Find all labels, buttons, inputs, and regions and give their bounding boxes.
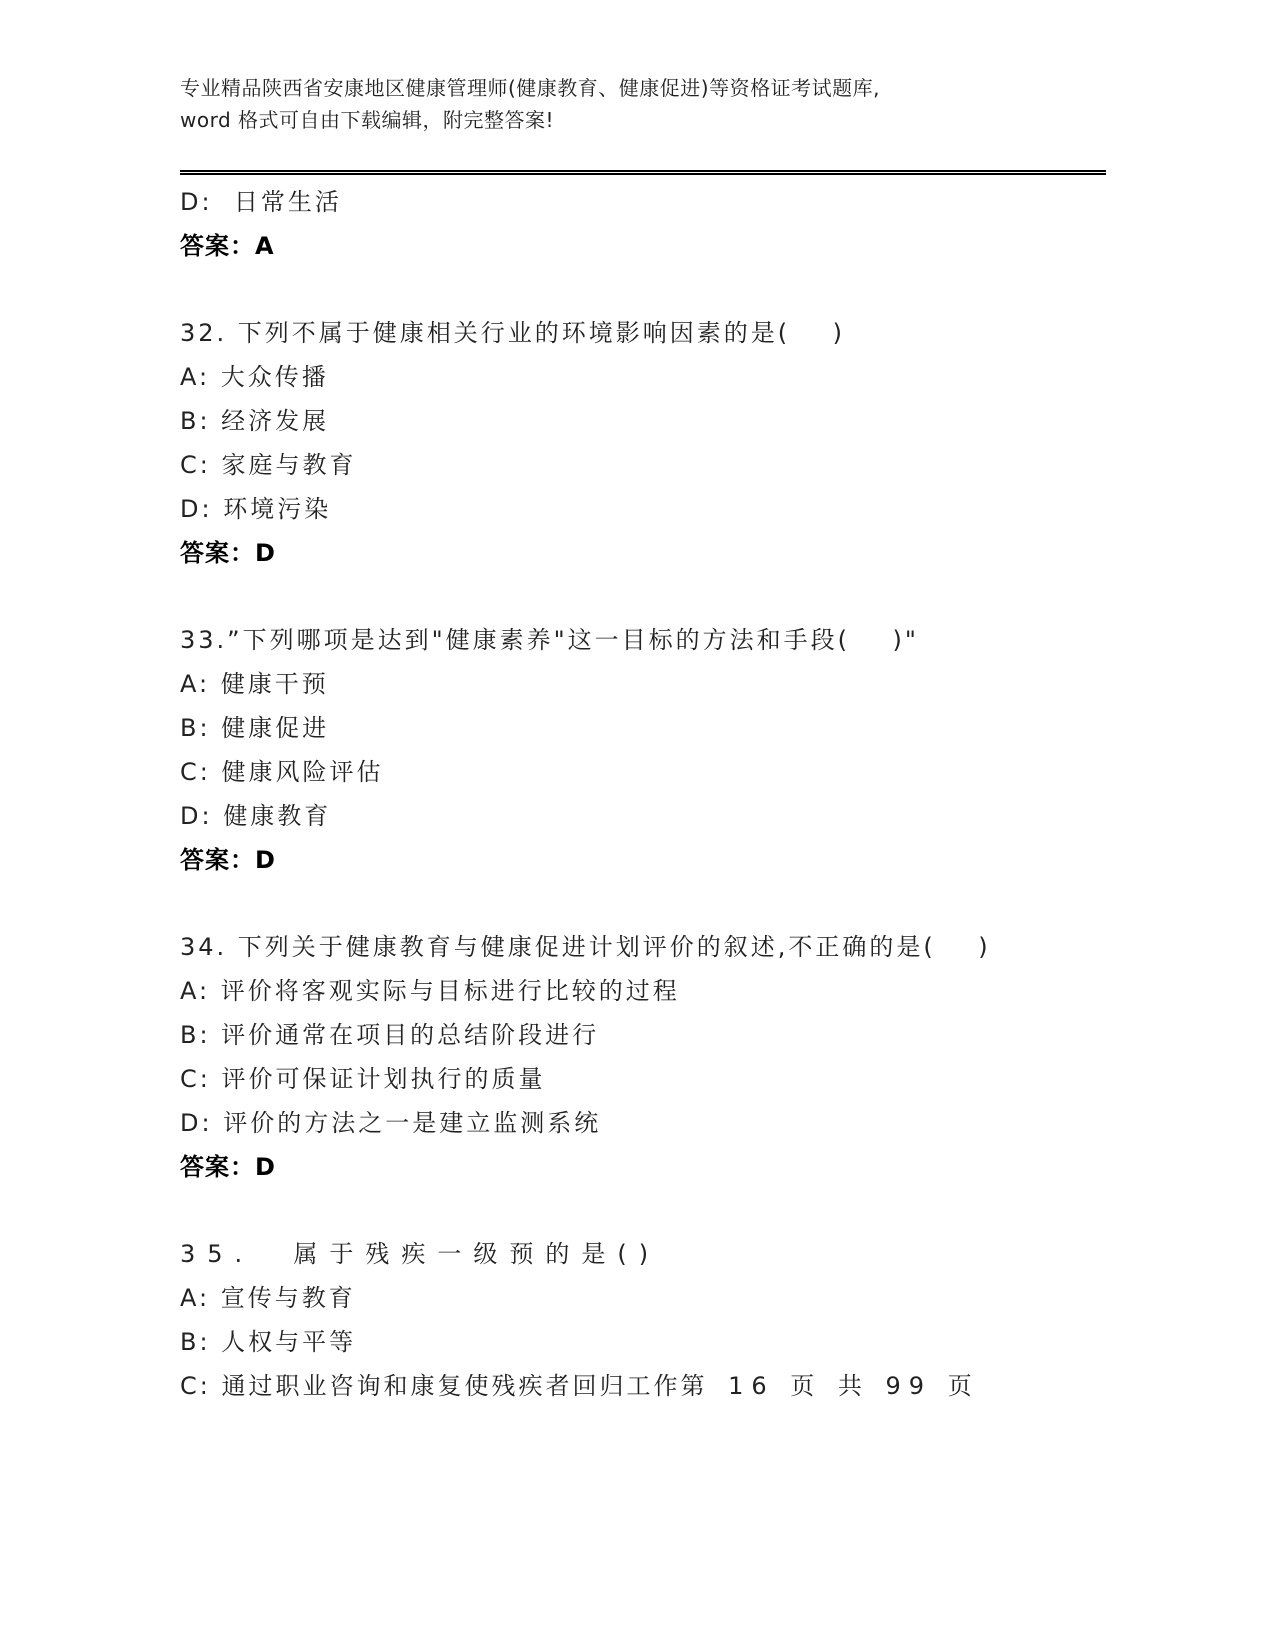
- answer: 答案：D: [180, 531, 1180, 575]
- option-a: A: 宣传与教育: [180, 1276, 1180, 1320]
- document-header: 专业精品陕西省安康地区健康管理师(健康教育、健康促进)等资格证考试题库, wor…: [180, 72, 1100, 136]
- option-a: A: 健康干预: [180, 662, 1180, 706]
- question-32: 32. 下列不属于健康相关行业的环境影响因素的是( ) A: 大众传播 B: 经…: [180, 311, 1180, 575]
- prev-answer: 答案：A: [180, 224, 1180, 268]
- question-stem: 35. 属于残疾一级预的是(): [180, 1232, 1180, 1276]
- header-line-1: 专业精品陕西省安康地区健康管理师(健康教育、健康促进)等资格证考试题库,: [180, 72, 1100, 104]
- option-b: B: 经济发展: [180, 399, 1180, 443]
- question-35: 35. 属于残疾一级预的是() A: 宣传与教育 B: 人权与平等 C: 通过职…: [180, 1232, 1180, 1408]
- option-c: C: 家庭与教育: [180, 443, 1180, 487]
- spacer: [180, 1189, 1180, 1232]
- option-c-with-page-info: C: 通过职业咨询和康复使残疾者回归工作第 16 页 共 99 页: [180, 1364, 1180, 1408]
- option-c: C: 评价可保证计划执行的质量: [180, 1057, 1180, 1101]
- question-33: 33.”下列哪项是达到"健康素养"这一目标的方法和手段( )" A: 健康干预 …: [180, 618, 1180, 882]
- prev-option-d: D: 日常生活: [180, 180, 1180, 224]
- question-stem: 34. 下列关于健康教育与健康促进计划评价的叙述,不正确的是( ): [180, 925, 1180, 969]
- option-d: D: 健康教育: [180, 794, 1180, 838]
- header-double-rule: [180, 170, 1106, 175]
- question-stem: 33.”下列哪项是达到"健康素养"这一目标的方法和手段( )": [180, 618, 1180, 662]
- header-line-2: word 格式可自由下载编辑，附完整答案!: [180, 104, 1100, 136]
- question-stem: 32. 下列不属于健康相关行业的环境影响因素的是( ): [180, 311, 1180, 355]
- answer: 答案：D: [180, 1145, 1180, 1189]
- option-c: C: 通过职业咨询和康复使残疾者回归工作: [180, 1372, 680, 1400]
- option-b: B: 人权与平等: [180, 1320, 1180, 1364]
- option-b: B: 健康促进: [180, 706, 1180, 750]
- page-info: 第 16 页 共 99 页: [680, 1372, 979, 1400]
- question-34: 34. 下列关于健康教育与健康促进计划评价的叙述,不正确的是( ) A: 评价将…: [180, 925, 1180, 1189]
- option-b: B: 评价通常在项目的总结阶段进行: [180, 1013, 1180, 1057]
- spacer: [180, 882, 1180, 925]
- option-d: D: 环境污染: [180, 487, 1180, 531]
- option-a: A: 大众传播: [180, 355, 1180, 399]
- spacer: [180, 268, 1180, 311]
- spacer: [180, 575, 1180, 618]
- option-c: C: 健康风险评估: [180, 750, 1180, 794]
- option-a: A: 评价将客观实际与目标进行比较的过程: [180, 969, 1180, 1013]
- question-content: D: 日常生活 答案：A 32. 下列不属于健康相关行业的环境影响因素的是( )…: [180, 180, 1180, 1408]
- answer: 答案：D: [180, 838, 1180, 882]
- option-d: D: 评价的方法之一是建立监测系统: [180, 1101, 1180, 1145]
